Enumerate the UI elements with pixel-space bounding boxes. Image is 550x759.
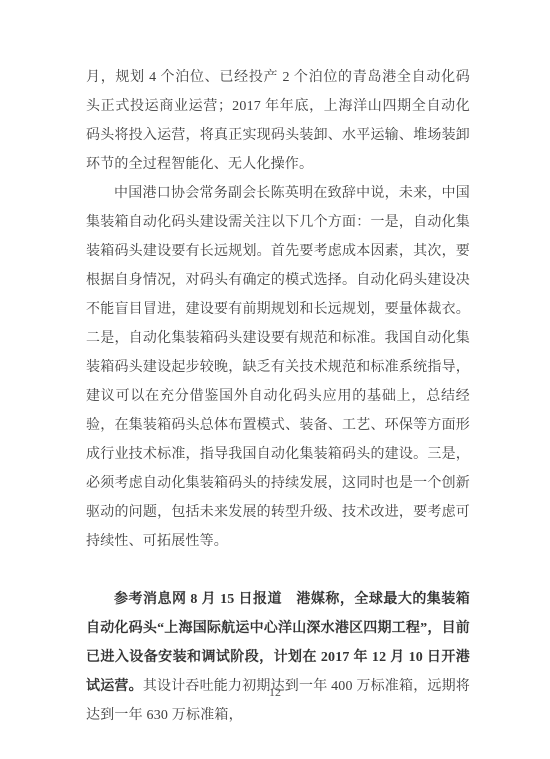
paragraph-port-association-remarks: 中国港口协会常务副会长陈英明在致辞中说，未来，中国集装箱自动化码头建设需关注以下… [86,179,470,556]
page-number: 12 [0,685,550,700]
document-body: 月，规划 4 个泊位、已经投产 2 个泊位的青岛港全自动化码头正式投运商业运营；… [86,63,470,730]
paragraph-news-report: 参考消息网 8 月 15 日报道 港媒称，全球最大的集装箱自动化码头“上海国际航… [86,585,470,730]
document-page: 月，规划 4 个泊位、已经投产 2 个泊位的青岛港全自动化码头正式投运商业运营；… [0,0,550,759]
paragraph-continuation: 月，规划 4 个泊位、已经投产 2 个泊位的青岛港全自动化码头正式投运商业运营；… [86,63,470,179]
